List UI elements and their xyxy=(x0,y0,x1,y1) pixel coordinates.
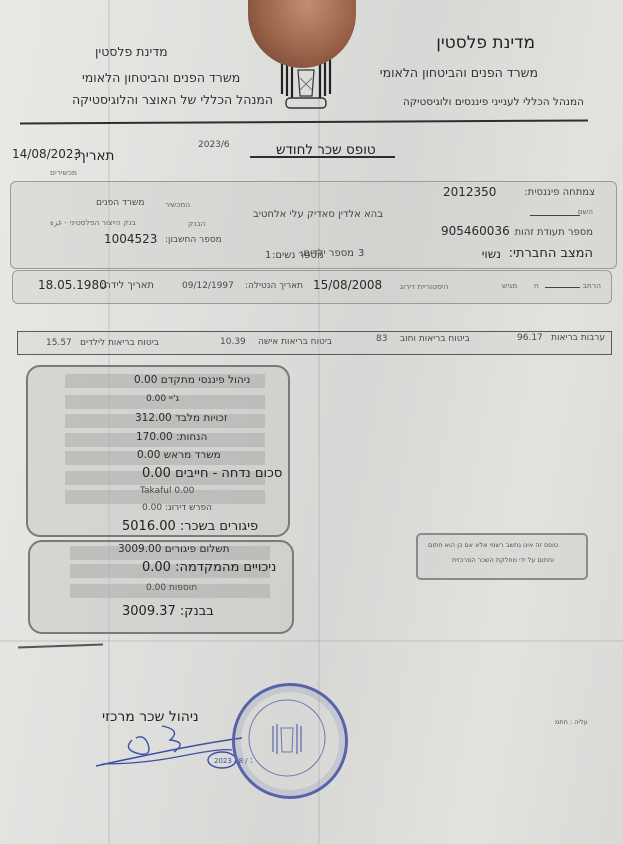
history-value: 15/08/2008 xyxy=(313,278,382,292)
name-value: בהא אלדין סאדיק עלי אלחטיב xyxy=(253,209,383,220)
header-right-line1: מדינת פלסטין xyxy=(436,33,535,53)
deduction-row: הפרש דירוג: 0.00 xyxy=(142,503,212,513)
hire-label: תאריך הנטילה: xyxy=(245,281,303,291)
name-label: השם xyxy=(578,207,593,216)
wives-label: מספר נשים: xyxy=(272,250,324,261)
official-stamp xyxy=(232,683,348,799)
rank-blank-line xyxy=(545,287,580,288)
employer-label: המכשיר xyxy=(165,200,190,209)
stamp-emblem-icon xyxy=(235,686,339,790)
status-value: נשוי xyxy=(482,247,501,261)
insurance-label-3: ביטוח בריאות לילדים xyxy=(80,338,159,348)
finger-obstruction xyxy=(248,0,356,68)
deduction-value: 0.00 xyxy=(142,466,171,481)
insurance-value-3: 15.57 xyxy=(46,338,72,348)
bank-total-row: בבנק: 3009.37 xyxy=(122,604,214,619)
history-label: היסטוריית דירוג xyxy=(400,282,448,291)
insurance-value-0: 96.17 xyxy=(517,333,543,343)
deduction-label: Takaful xyxy=(140,486,171,496)
title-underline xyxy=(250,156,395,158)
header-left-line3: המנהל הכללי של האוצר והלוגיסטיקה xyxy=(72,92,273,107)
deduction-value: 0.00 xyxy=(142,503,162,513)
payment-label: תוספות xyxy=(169,583,197,593)
arrears-value: 5016.00 xyxy=(122,519,176,534)
account-value: 1004523 xyxy=(104,232,157,246)
payment-row: תוספות 0.00 xyxy=(146,583,197,593)
children-value: 3 xyxy=(358,248,364,259)
bank-total-label: בבנק: xyxy=(180,604,214,619)
wives-value: 1 xyxy=(265,250,271,261)
deduction-row: ג'יי 0.00 xyxy=(146,394,179,404)
deduction-value: 312.00 xyxy=(135,412,172,424)
validity-note-line1: טופס זה אינו נחשב רשמי אלא אם כן הוא חתו… xyxy=(428,541,558,549)
role-label: מגיש xyxy=(502,281,517,290)
account-label: מספר החשבון: xyxy=(165,235,222,245)
bank-label: הבנק xyxy=(188,219,206,228)
insurance-value-1: 83 xyxy=(376,334,387,344)
employer-value: משרד הפנים xyxy=(96,198,144,208)
payslip-paper: מדינת פלסטין משרד הפנים והביטחון הלאומי … xyxy=(0,0,623,844)
status-label: המצב החברתי: xyxy=(509,246,593,261)
id-label: מספר תעודת זהות xyxy=(515,227,593,238)
deduction-row: ניהול פיננסי מתקדם 0.00 xyxy=(134,374,250,386)
deduction-label: סכום נדחה - חייבים xyxy=(175,466,282,481)
deduction-value: 170.00 xyxy=(136,431,173,443)
fold-line xyxy=(0,640,623,642)
payment-row: ניכויים מהמקדמה: 0.00 xyxy=(142,560,276,575)
bottom-rule xyxy=(18,644,103,649)
deduction-label: זכויות מלבד xyxy=(175,412,227,424)
bank-total-value: 3009.37 xyxy=(122,604,176,619)
rank-label: הרתב xyxy=(583,281,601,290)
rank-value: ח xyxy=(534,281,539,290)
arrears-label: פיגורים בשכר: xyxy=(180,519,258,534)
deduction-label: הפרש דירוג: xyxy=(165,503,212,513)
id-value: 905460036 xyxy=(441,224,510,238)
insurance-label-1: ביטוח בריאות וחוב xyxy=(400,334,470,344)
validity-note-line2: וחתום על ידי מחלקת השכר המרכזית xyxy=(452,556,554,564)
deduction-label: משרד מראש xyxy=(164,449,221,461)
form-period: 2023/6 xyxy=(198,140,230,150)
bank-value: בנק הייצור הפלסטיני - غزة xyxy=(50,218,136,227)
form-date-value: 14/08/2023 xyxy=(12,147,81,161)
deduction-value: 0.00 xyxy=(137,449,160,461)
deduction-value: 0.00 xyxy=(174,486,194,496)
payment-row: תשלום פיגורים 3009.00 xyxy=(118,543,230,555)
payment-value: 3009.00 xyxy=(118,543,161,555)
hire-value: 09/12/1997 xyxy=(182,281,234,291)
insurance-value-2: 10.39 xyxy=(220,337,246,347)
birth-value: 18.05.1980 xyxy=(38,278,107,292)
payment-value: 0.00 xyxy=(146,583,166,593)
deduction-value: 0.00 xyxy=(134,374,157,386)
financial-code-label: צמתחה פיננסית: xyxy=(524,187,595,198)
birth-label: תאריך לידה: xyxy=(101,280,154,291)
insurance-label-2: ביטוח בריאות אישה xyxy=(258,337,332,347)
header-left-line1: מדינת פלסטין xyxy=(95,44,168,59)
name-blank-line xyxy=(530,215,580,216)
deduction-row: זכויות מלבד 312.00 xyxy=(135,412,228,424)
insurance-label-0: ערבות בריאות xyxy=(551,333,605,343)
form-sub-label: מכשירים xyxy=(50,168,77,177)
deduction-row: Takaful 0.00 xyxy=(140,486,194,496)
financial-code-value: 2012350 xyxy=(443,185,496,199)
deduction-label: ג'יי xyxy=(169,394,179,404)
arrears-row: פיגורים בשכר: 5016.00 xyxy=(122,519,258,534)
footer-right-note: עליה : חתמ xyxy=(555,718,588,726)
payment-label: תשלום פיגורים xyxy=(165,543,230,555)
payment-value: 0.00 xyxy=(142,560,171,575)
deduction-row: סכום נדחה - חייבים 0.00 xyxy=(142,466,282,481)
deduction-label: הנחות: xyxy=(176,431,207,443)
header-left-line2: משרד הפנים והביטחון הלאומי xyxy=(82,70,240,85)
signature-icon: 2023 / 8 / 16 xyxy=(92,720,252,775)
payment-label: ניכויים מהמקדמה: xyxy=(175,560,276,575)
header-rule xyxy=(20,120,588,125)
header-right-line3: המנהל הכללי לענייני פיננסים ולוגיסטיקה xyxy=(403,96,584,108)
deduction-row: הנחות: 170.00 xyxy=(136,431,207,443)
header-right-line2: משרד הפנים והביטחון הלאומי xyxy=(380,65,538,80)
deduction-label: ניהול פיננסי מתקדם xyxy=(161,374,251,386)
deduction-row: משרד מראש 0.00 xyxy=(137,449,221,461)
deduction-value: 0.00 xyxy=(146,394,166,404)
